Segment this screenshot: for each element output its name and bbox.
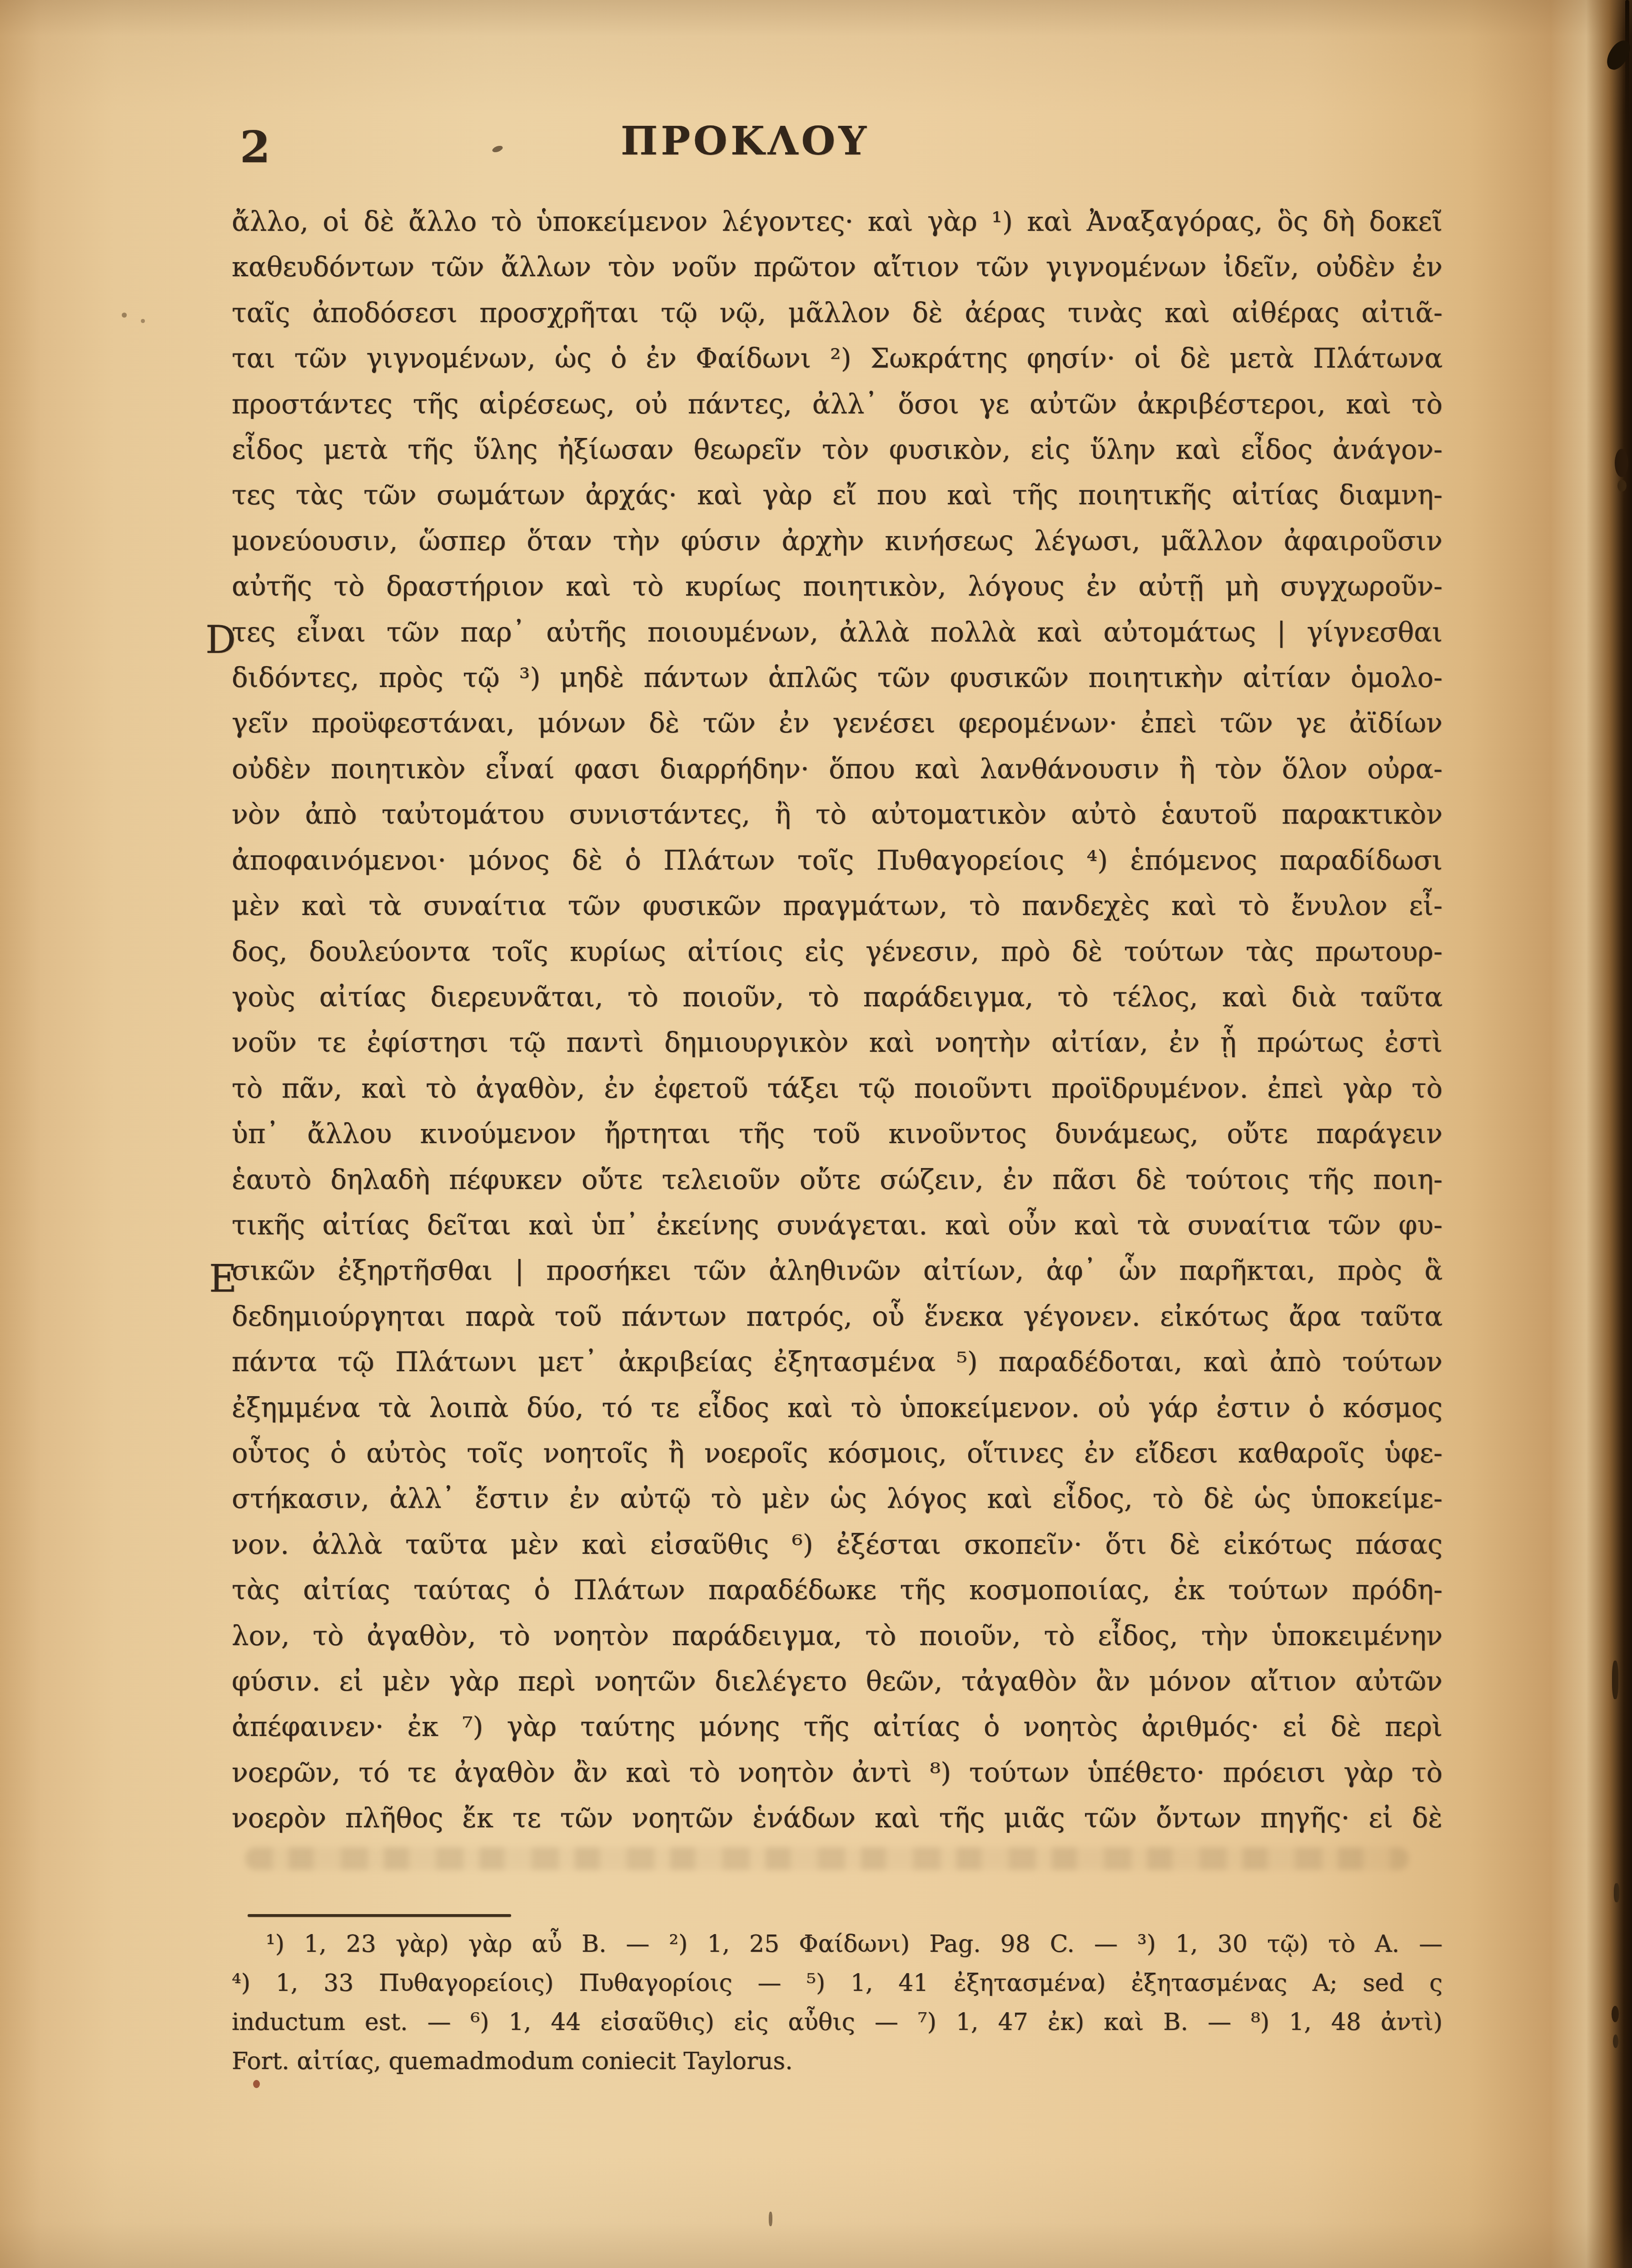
footnotes-block: ¹) 1, 23 γὰρ) γὰρ αὖ B. — ²) 1, 25 Φαίδω… — [232, 1925, 1443, 2081]
text-line: οὗτος ὁ αὐτὸς τοῖς νοητοῖς ἢ νοεροῖς κόσ… — [232, 1431, 1443, 1476]
ink-mark — [492, 144, 504, 153]
text-line: τες τὰς τῶν σωμάτων ἀρχάς· καὶ γὰρ εἴ πο… — [232, 472, 1443, 518]
page-edge-line — [1625, 0, 1629, 154]
ink-mark — [1615, 449, 1628, 477]
running-title: ΠΡΟΚΛΟΥ — [621, 122, 870, 161]
text-line: ὑπ᾽ ἄλλου κινούμενον ἤρτηται τῆς τοῦ κιν… — [232, 1111, 1443, 1157]
main-text-block: ἄλλο, οἱ δὲ ἄλλο τὸ ὑποκείμενον λέγοντες… — [232, 199, 1443, 1841]
text-line: γεῖν προϋφεστάναι, μόνων δὲ τῶν ἐν γενέσ… — [232, 701, 1443, 746]
text-line: φύσιν. εἰ μὲν γὰρ περὶ νοητῶν διελέγετο … — [232, 1659, 1443, 1704]
text-line: δος, δουλεύοντα τοῖς κυρίως αἰτίοις εἰς … — [232, 929, 1443, 975]
ink-mark — [769, 2212, 772, 2226]
text-line: ἐξημμένα τὰ λοιπὰ δύο, τό τε εἶδος καὶ τ… — [232, 1385, 1443, 1431]
ink-mark — [1617, 480, 1627, 492]
text-line: τικῆς αἰτίας δεῖται καὶ ὑπ᾽ ἐκείνης συνά… — [232, 1203, 1443, 1248]
text-line: διδόντες, πρὸς τῷ ³) μηδὲ πάντων ἁπλῶς τ… — [232, 655, 1443, 701]
ink-mark — [253, 2080, 260, 2088]
text-line: σικῶν ἐξηρτῆσθαι | προσήκει τῶν ἀληθινῶν… — [232, 1248, 1443, 1293]
text-line: καθευδόντων τῶν ἄλλων τὸν νοῦν πρῶτον αἴ… — [232, 244, 1443, 290]
text-line: ταῖς ἀποδόσεσι προσχρῆται τῷ νῷ, μᾶλλον … — [232, 290, 1443, 336]
page-number: 2 — [240, 125, 270, 169]
text-line: εἶδος μετὰ τῆς ὕλης ἠξίωσαν θεωρεῖν τὸν … — [232, 427, 1443, 472]
text-line: πάντα τῷ Πλάτωνι μετ᾽ ἀκριβείας ἐξητασμέ… — [232, 1339, 1443, 1385]
ink-mark — [1612, 1661, 1618, 1699]
text-line: νοερὸν πλῆθος ἔκ τε τῶν νοητῶν ἑνάδων κα… — [232, 1795, 1443, 1841]
footnote-line: ⁴) 1, 33 Πυθαγορείοις) Πυθαγορίοις — ⁵) … — [232, 1964, 1443, 2003]
text-line: λον, τὸ ἀγαθὸν, τὸ νοητὸν παράδειγμα, τὸ… — [232, 1613, 1443, 1659]
text-line: ἀπέφαινεν· ἐκ ⁷) γὰρ ταύτης μόνης τῆς αἰ… — [232, 1704, 1443, 1750]
text-line: προστάντες τῆς αἱρέσεως, οὐ πάντες, ἀλλ᾽… — [232, 382, 1443, 427]
text-line: ται τῶν γιγνομένων, ὡς ὁ ἐν Φαίδωνι ²) Σ… — [232, 336, 1443, 381]
text-line: μονεύουσιν, ὥσπερ ὅταν τὴν φύσιν ἀρχὴν κ… — [232, 518, 1443, 564]
ink-mark — [1614, 1883, 1619, 1902]
text-line: νὸν ἀπὸ ταὐτομάτου συνιστάντες, ἢ τὸ αὐτ… — [232, 792, 1443, 837]
text-line: νοερῶν, τό τε ἀγαθὸν ἂν καὶ τὸ νοητὸν ἀν… — [232, 1750, 1443, 1795]
footnote-separator — [248, 1914, 511, 1917]
verso-show-through — [245, 1847, 1408, 1870]
text-line: τες εἶναι τῶν παρ᾽ αὐτῆς ποιουμένων, ἀλλ… — [232, 610, 1443, 655]
ink-mark — [141, 319, 145, 323]
text-line: οὐδὲν ποιητικὸν εἶναί φασι διαρρήδην· ὅπ… — [232, 746, 1443, 792]
footnote-line: inductum est. — ⁶) 1, 44 εἰσαῦθις) εἰς α… — [232, 2003, 1443, 2042]
footnote-line: ¹) 1, 23 γὰρ) γὰρ αὖ B. — ²) 1, 25 Φαίδω… — [232, 1925, 1443, 1964]
text-line: γοὺς αἰτίας διερευνᾶται, τὸ ποιοῦν, τὸ π… — [232, 975, 1443, 1020]
text-line: αὐτῆς τὸ δραστήριον καὶ τὸ κυρίως ποιητι… — [232, 564, 1443, 609]
text-line: στήκασιν, ἀλλ᾽ ἔστιν ἐν αὐτῷ τὸ μὲν ὡς λ… — [232, 1476, 1443, 1522]
text-line: ἑαυτὸ δηλαδὴ πέφυκεν οὔτε τελειοῦν οὔτε … — [232, 1157, 1443, 1203]
text-line: μὲν καὶ τὰ συναίτια τῶν φυσικῶν πραγμάτω… — [232, 883, 1443, 929]
text-line: νοῦν τε ἐφίστησι τῷ παντὶ δημιουργικὸν κ… — [232, 1020, 1443, 1065]
ink-mark — [1613, 2034, 1618, 2048]
footnote-line: Fort. αἰτίας, quemadmodum coniecit Taylo… — [232, 2042, 1443, 2081]
book-page-scan: 2 ΠΡΟΚΛΟΥ D E ἄλλο, οἱ δὲ ἄλλο τὸ ὑποκεί… — [0, 0, 1632, 2268]
text-line: ἀποφαινόμενοι· μόνος δὲ ὁ Πλάτων τοῖς Πυ… — [232, 838, 1443, 883]
ink-mark — [1612, 2006, 1619, 2022]
text-line: νον. ἀλλὰ ταῦτα μὲν καὶ εἰσαῦθις ⁶) ἐξέσ… — [232, 1522, 1443, 1567]
text-line: τὸ πᾶν, καὶ τὸ ἀγαθὸν, ἐν ἐφετοῦ τάξει τ… — [232, 1066, 1443, 1111]
text-line: ἄλλο, οἱ δὲ ἄλλο τὸ ὑποκείμενον λέγοντες… — [232, 199, 1443, 244]
text-line: τὰς αἰτίας ταύτας ὁ Πλάτων παραδέδωκε τῆ… — [232, 1567, 1443, 1613]
ink-mark — [122, 313, 127, 318]
text-line: δεδημιούργηται παρὰ τοῦ πάντων πατρός, ο… — [232, 1294, 1443, 1339]
